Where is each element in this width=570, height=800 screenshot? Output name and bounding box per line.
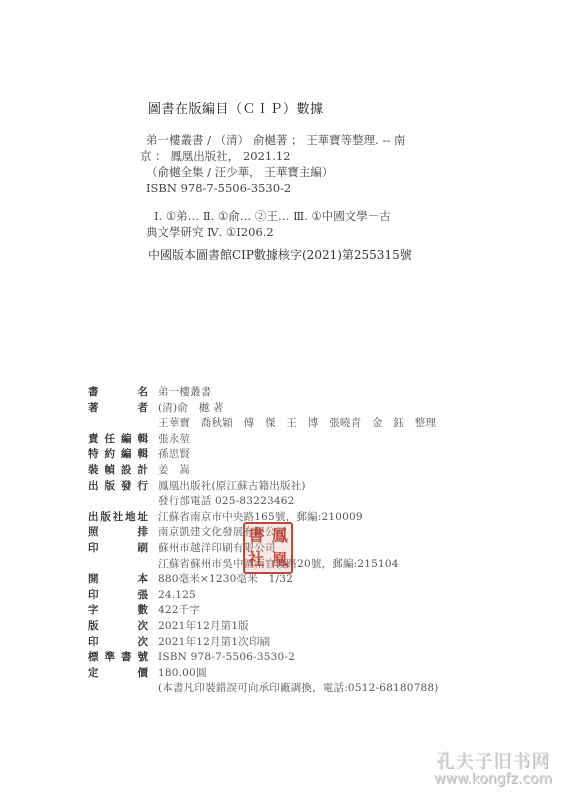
colophon-label xyxy=(88,557,158,573)
colophon-label xyxy=(88,494,158,510)
cip-description-line: 弟一樓叢書 / （清） 俞樾著 ； 王華寶等整理. -- 南 xyxy=(146,132,405,148)
colophon-label-char: 約 xyxy=(105,447,116,463)
colophon-label: 特約編輯 xyxy=(88,447,158,463)
colophon-label: 印張 xyxy=(88,588,158,604)
colophon-label-char: 印 xyxy=(88,541,99,557)
colophon-row: 書名弟一樓叢書 xyxy=(88,385,488,401)
colophon-label-char: 行 xyxy=(138,479,149,495)
colophon-label-char: 開 xyxy=(88,572,99,588)
colophon-label-char: 編 xyxy=(121,447,132,463)
colophon-label: 裝幀設計 xyxy=(88,463,158,479)
colophon-label-char: 張 xyxy=(138,588,149,604)
colophon-value: 180.00圓 xyxy=(158,666,207,682)
colophon-label: 出版發行 xyxy=(88,479,158,495)
colophon-label-char: 印 xyxy=(88,588,99,604)
colophon-label: 版次 xyxy=(88,619,158,635)
colophon-value: 弟一樓叢書 xyxy=(158,385,212,401)
colophon-row: 特約編輯孫思賢 xyxy=(88,447,488,463)
colophon-label-char: 輯 xyxy=(138,432,149,448)
colophon-label-char: 地 xyxy=(125,510,136,526)
colophon-value: 姜 嵩 xyxy=(158,463,190,479)
publisher-seal-stamp: 書 鳳 社 凰 xyxy=(243,522,293,574)
colophon-label-char: 出 xyxy=(88,479,99,495)
colophon-label: 出版社地址 xyxy=(88,510,158,526)
colophon-value: 880毫米×1230毫米 1/32 xyxy=(158,572,293,588)
cip-description-line: ISBN 978-7-5506-3530-2 xyxy=(146,180,405,196)
colophon-label-char: 出 xyxy=(88,510,99,526)
colophon-label: 標準書號 xyxy=(88,650,158,666)
colophon-label-char: 標 xyxy=(88,650,99,666)
colophon-label-char: 價 xyxy=(138,666,149,682)
colophon-label-char: 發 xyxy=(121,479,132,495)
colophon-label: 著者 xyxy=(88,401,158,417)
colophon-label-char: 書 xyxy=(121,650,132,666)
colophon-label-char: 照 xyxy=(88,525,99,541)
colophon-label-char: 印 xyxy=(88,635,99,651)
colophon-label-char: 版 xyxy=(100,510,111,526)
colophon-row: 發行部電話 025-83223462 xyxy=(88,494,488,510)
colophon-label-char: 字 xyxy=(88,603,99,619)
colophon-label-char: 本 xyxy=(138,572,149,588)
colophon-value: 張永堃 xyxy=(158,432,190,448)
colophon-row: 印次2021年12月第1次印刷 xyxy=(88,635,488,651)
colophon-label-char: 刷 xyxy=(138,541,149,557)
colophon-value: (本書凡印裝錯誤可向承印廠調換，電話:0512-68180788) xyxy=(158,681,439,697)
cip-classification: Ⅰ. ①弟… Ⅱ. ①俞… ②王… Ⅲ. ①中國文學－古 典文學研究 Ⅳ. ①I… xyxy=(146,208,391,240)
colophon-row: 王華寶 喬秋穎 傅 傑 王 博 張曉青 金 鈺 整理 xyxy=(88,416,488,432)
colophon-label-char: 設 xyxy=(121,463,132,479)
cip-description-line: 京 ： 鳳凰出版社， 2021.12 xyxy=(140,148,405,164)
cip-title: 圖書在版編目（ＣＩＰ）數據 xyxy=(148,98,324,117)
colophon-row: 版次2021年12月第1版 xyxy=(88,619,488,635)
colophon-label-char: 社 xyxy=(113,510,124,526)
colophon-label-char: 計 xyxy=(138,463,149,479)
colophon-value: 發行部電話 025-83223462 xyxy=(158,494,294,510)
seal-char: 社 xyxy=(245,549,268,573)
colophon-label-char: 排 xyxy=(138,525,149,541)
watermark: 孔夫子旧书网 www.kongfz.com xyxy=(428,747,558,787)
colophon-label-char: 書 xyxy=(88,385,99,401)
colophon-label-char: 任 xyxy=(105,432,116,448)
colophon-label xyxy=(88,416,158,432)
cip-description: 弟一樓叢書 / （清） 俞樾著 ； 王華寶等整理. -- 南 京 ： 鳳凰出版社… xyxy=(146,132,405,196)
colophon-row: 著者(清)俞 樾 著 xyxy=(88,401,488,417)
colophon-value: 422千字 xyxy=(158,603,200,619)
colophon-label-char: 準 xyxy=(105,650,116,666)
seal-char: 書 xyxy=(245,524,268,548)
colophon-row: 裝幀設計姜 嵩 xyxy=(88,463,488,479)
colophon-row: 字數422千字 xyxy=(88,603,488,619)
colophon-value: 2021年12月第1版 xyxy=(158,619,249,635)
colophon-label: 印次 xyxy=(88,635,158,651)
cip-classification-line: Ⅰ. ①弟… Ⅱ. ①俞… ②王… Ⅲ. ①中國文學－古 xyxy=(146,208,391,224)
cip-number: 中國版本圖書館CIP數據核字(2021)第255315號 xyxy=(148,246,412,263)
colophon-label-char: 版 xyxy=(88,619,99,635)
colophon-label-char: 幀 xyxy=(105,463,116,479)
colophon-label: 印刷 xyxy=(88,541,158,557)
colophon-row: 出版發行鳳凰出版社(原江蘇古籍出版社) xyxy=(88,479,488,495)
colophon-row: 責任編輯張永堃 xyxy=(88,432,488,448)
colophon-label: 字數 xyxy=(88,603,158,619)
colophon-label-char: 編 xyxy=(121,432,132,448)
colophon-label-char: 名 xyxy=(138,385,149,401)
seal-char: 鳳 xyxy=(269,524,292,548)
colophon-label: 開本 xyxy=(88,572,158,588)
colophon-value: 孫思賢 xyxy=(158,447,190,463)
colophon-row: 印張24.125 xyxy=(88,588,488,604)
cip-description-line: （俞樾全集 / 汪少華， 王華寶主編） xyxy=(146,164,405,180)
colophon-value: 鳳凰出版社(原江蘇古籍出版社) xyxy=(158,479,306,495)
watermark-chinese: 孔夫子旧书网 xyxy=(428,747,558,773)
colophon-label-char: 輯 xyxy=(138,447,149,463)
colophon-label: 責任編輯 xyxy=(88,432,158,448)
colophon-value: 王華寶 喬秋穎 傅 傑 王 博 張曉青 金 鈺 整理 xyxy=(158,416,436,432)
colophon-label xyxy=(88,681,158,697)
colophon-label-char: 號 xyxy=(138,650,149,666)
colophon-label-char: 者 xyxy=(138,401,149,417)
colophon-row: 開本880毫米×1230毫米 1/32 xyxy=(88,572,488,588)
colophon-value: 24.125 xyxy=(158,588,196,604)
colophon-label-char: 裝 xyxy=(88,463,99,479)
colophon-label-char: 定 xyxy=(88,666,99,682)
colophon-label-char: 著 xyxy=(88,401,99,417)
watermark-url: www.kongfz.com xyxy=(428,771,558,787)
colophon-row: (本書凡印裝錯誤可向承印廠調換，電話:0512-68180788) xyxy=(88,681,488,697)
colophon-row: 定價180.00圓 xyxy=(88,666,488,682)
colophon-label: 照排 xyxy=(88,525,158,541)
colophon-value: (清)俞 樾 著 xyxy=(158,401,224,417)
colophon-label: 書名 xyxy=(88,385,158,401)
colophon-row: 標準書號ISBN 978-7-5506-3530-2 xyxy=(88,650,488,666)
cip-classification-line: 典文學研究 Ⅳ. ①I206.2 xyxy=(146,224,391,240)
colophon-value: 2021年12月第1次印刷 xyxy=(158,635,270,651)
colophon-label-char: 數 xyxy=(138,603,149,619)
colophon-label-char: 次 xyxy=(138,635,149,651)
colophon-label: 定價 xyxy=(88,666,158,682)
colophon-value: ISBN 978-7-5506-3530-2 xyxy=(158,650,295,666)
colophon-label-char: 版 xyxy=(105,479,116,495)
colophon-label-char: 次 xyxy=(138,619,149,635)
seal-char: 凰 xyxy=(269,549,292,573)
colophon-label-char: 特 xyxy=(88,447,99,463)
colophon-label-char: 責 xyxy=(88,432,99,448)
colophon-label-char: 址 xyxy=(138,510,149,526)
